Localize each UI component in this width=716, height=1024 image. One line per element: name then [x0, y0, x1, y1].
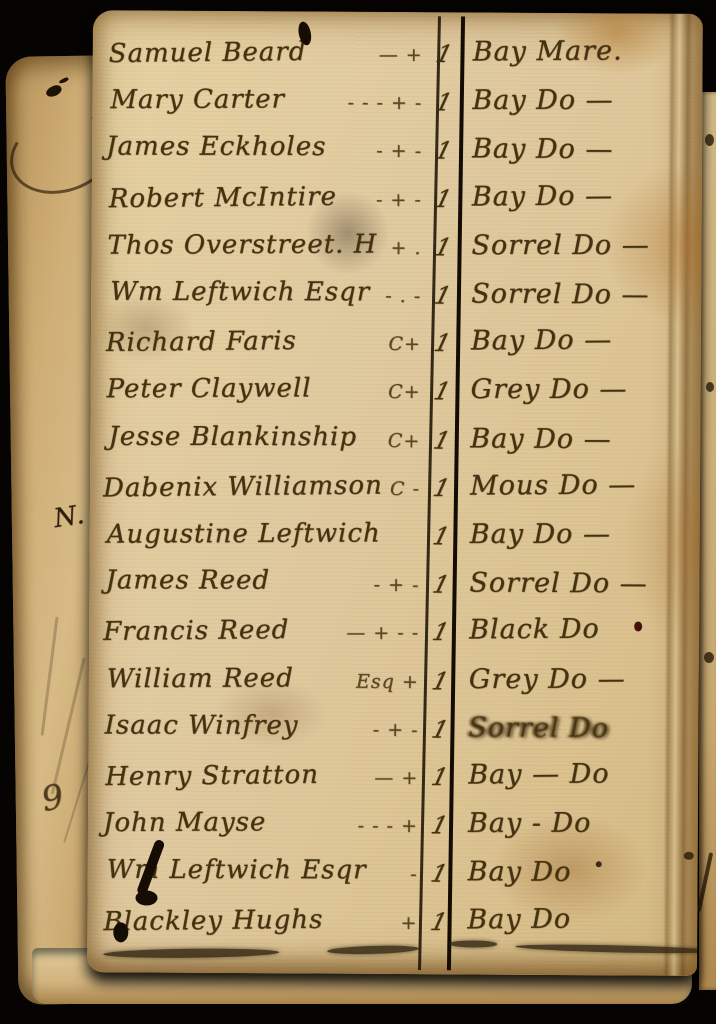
- row-tally-marks: — +: [319, 44, 423, 66]
- row-count: 1: [423, 908, 456, 936]
- row-tally-marks: - + -: [318, 189, 422, 211]
- row-name: Samuel Beard: [109, 37, 307, 69]
- row-tally-marks: - - - + -: [318, 92, 422, 115]
- row-horse-entry: Bay Do —: [472, 180, 613, 212]
- row-count: 1: [425, 618, 458, 646]
- row-count: 1: [427, 233, 460, 261]
- row-name: Henry Stratton: [105, 760, 319, 792]
- row-horse-entry: Bay Mare.: [473, 35, 623, 67]
- row-name: John Mayse: [103, 808, 267, 839]
- ledger-rows: Samuel Beard— +1Bay Mare.Mary Carter- - …: [87, 10, 703, 976]
- row-horse-entry: Bay - Do: [468, 808, 591, 839]
- row-horse-entry: Black Do: [469, 614, 600, 646]
- ledger-row: Peter ClaywellC+1Grey Do —: [90, 368, 700, 418]
- photograph-of-ledger: N. 9 Samuel Beard— +1Bay Mare.Mary Carte…: [0, 0, 716, 1024]
- row-horse-entry: Bay Do —: [471, 325, 612, 357]
- ink-dot-mark: [704, 652, 714, 663]
- row-name: William Reed: [107, 663, 294, 694]
- margin-n-mark: N.: [52, 500, 88, 534]
- row-count: 1: [427, 137, 460, 165]
- ledger-row: Francis Reed— + - -1Black Do: [89, 610, 699, 656]
- row-horse-entry: Grey Do —: [471, 374, 628, 405]
- ledger-row: Mary Carter- - - + -1Bay Do —: [92, 78, 702, 128]
- ink-blot: [135, 890, 157, 905]
- row-name: James Eckholes: [106, 132, 326, 162]
- row-horse-entry: Bay Do: [468, 857, 572, 889]
- row-count: 1: [425, 571, 458, 599]
- ink-spot: [634, 621, 642, 631]
- row-count: 1: [428, 88, 461, 116]
- row-horse-entry: Sorrel Do —: [469, 568, 647, 600]
- row-tally-marks: — + - -: [315, 622, 419, 644]
- ledger-row: Dabenix WilliamsonC -1Mous Do —: [90, 466, 700, 512]
- ink-dot-mark: [706, 382, 714, 392]
- ledger-row: John Mayse- - - +1Bay - Do: [88, 801, 698, 851]
- row-count: 1: [425, 522, 458, 550]
- row-count: 1: [424, 667, 457, 695]
- row-tally-marks: C+: [317, 333, 421, 355]
- ink-spot: [596, 861, 602, 867]
- row-tally-marks: -: [314, 862, 418, 885]
- ledger-row: Isaac Winfrey- + -1Sorrel Do: [88, 703, 699, 756]
- row-tally-marks: - + -: [315, 573, 419, 596]
- row-count: 1: [428, 40, 461, 68]
- row-tally-marks: C+: [317, 381, 421, 404]
- ledger-row: Wm Leftwich Esqr-1Bay Do: [87, 848, 698, 901]
- row-name: Isaac Winfrey: [105, 710, 299, 740]
- row-count: 1: [424, 715, 457, 743]
- row-count: 1: [426, 378, 459, 406]
- ledger-row: James Reed- + -1Sorrel Do —: [89, 558, 700, 611]
- ledger-row: William ReedEsq +1Grey Do —: [89, 657, 699, 707]
- row-horse-entry: Bay Do —: [472, 85, 613, 116]
- ink-dot-mark: [44, 83, 63, 100]
- ink-stroke-mark: [697, 852, 713, 912]
- pencil-scribble: [51, 658, 86, 795]
- ledger-row: Richard FarisC+1Bay Do —: [91, 321, 701, 367]
- row-tally-marks: - + -: [318, 139, 422, 162]
- ledger-row: Henry Stratton— +1Bay — Do: [88, 755, 698, 801]
- row-count: 1: [424, 763, 457, 791]
- row-count: 1: [427, 185, 460, 213]
- row-tally-marks: C+: [316, 429, 420, 452]
- row-tally-marks: C -: [316, 478, 420, 500]
- row-horse-entry: Bay Do —: [470, 423, 611, 455]
- ledger-row: Samuel Beard— +1Bay Mare.: [93, 32, 703, 78]
- ledger-row: Blackley Hughs+1Bay Do: [87, 900, 697, 946]
- row-horse-entry: Sorrel Do: [469, 712, 610, 744]
- ledger-row: Robert McIntire- + -1Bay Do —: [92, 177, 702, 223]
- row-tally-marks: + .: [317, 236, 421, 259]
- ledger-page: Samuel Beard— +1Bay Mare.Mary Carter- - …: [87, 10, 703, 976]
- row-tally-marks: Esq +: [315, 670, 419, 693]
- row-count: 1: [423, 811, 456, 839]
- row-count: 1: [426, 474, 459, 502]
- row-tally-marks: - . -: [317, 284, 421, 307]
- row-name: Robert McIntire: [109, 181, 337, 213]
- row-horse-entry: Bay — Do: [468, 759, 609, 791]
- ink-dot-mark: [705, 134, 714, 146]
- ink-blot: [113, 922, 128, 942]
- pencil-scribble: [41, 617, 59, 736]
- ledger-row: Wm Leftwich Esqr- . -1Sorrel Do —: [91, 269, 702, 322]
- row-horse-entry: Bay Do: [467, 903, 571, 935]
- row-count: 1: [427, 281, 460, 309]
- row-horse-entry: Grey Do —: [469, 663, 626, 694]
- row-name: Francis Reed: [103, 615, 290, 647]
- row-horse-entry: Sorrel Do —: [471, 279, 649, 311]
- row-name: Mary Carter: [110, 85, 285, 116]
- row-horse-entry: Sorrel Do —: [472, 230, 650, 261]
- row-count: 1: [426, 329, 459, 357]
- row-tally-marks: - + -: [314, 718, 418, 741]
- row-name: Peter Claywell: [107, 374, 312, 405]
- row-name: James Reed: [105, 566, 270, 596]
- row-count: 1: [423, 860, 456, 888]
- row-horse-entry: Mous Do —: [470, 469, 636, 501]
- row-tally-marks: — +: [314, 767, 418, 789]
- row-tally-marks: +: [313, 912, 417, 934]
- ledger-row: Augustine Leftwich1Bay Do —: [90, 512, 700, 562]
- ledger-row: Thos Overstreet. H+ .1Sorrel Do —: [91, 223, 701, 273]
- row-count: 1: [426, 426, 459, 454]
- ledger-row: Jesse BlankinshipC+1Bay Do —: [90, 414, 701, 467]
- row-horse-entry: Bay Do —: [470, 519, 611, 550]
- ledger-row: James Eckholes- + -1Bay Do —: [92, 125, 703, 178]
- row-name: Richard Faris: [106, 326, 297, 358]
- row-horse-entry: Bay Do —: [472, 134, 613, 166]
- row-name: Augustine Leftwich: [107, 518, 381, 549]
- row-name: Blackley Hughs: [103, 904, 323, 936]
- ink-spot: [684, 852, 694, 860]
- row-tally-marks: - - - +: [314, 815, 418, 838]
